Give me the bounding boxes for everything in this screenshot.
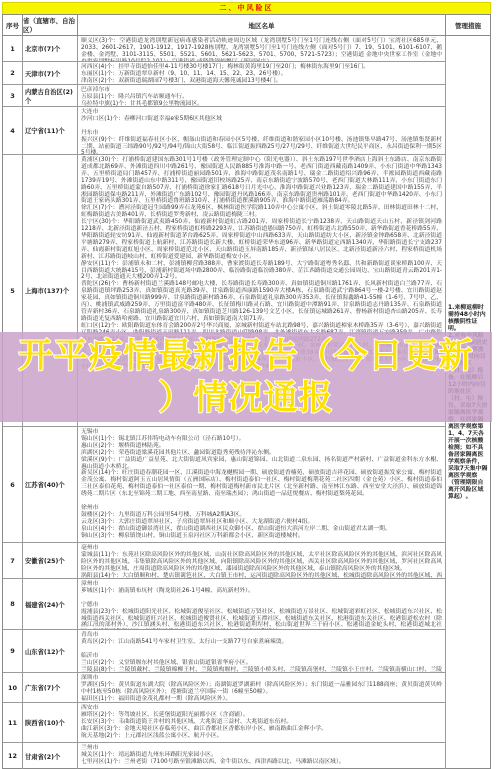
row-index-cell: 2	[3, 62, 23, 84]
row-index-cell: 4	[3, 107, 23, 154]
row-area-list-cell: 巴彦淖尔市 五原县(1)个：隆兴昌镇汽车站顺通车行。 乌拉特中旗(1)个：甘其毛…	[78, 85, 446, 106]
row-index-cell: 12	[3, 743, 23, 769]
row-area-list-cell: 无锡市 锡山区(1)个：锡北镇江苏伟特电动车有限公司（泾石路10号）。 惠山区(…	[78, 427, 446, 542]
risk-area-table-page: 二、中风险区 序号 省（直辖市、自治区） 地区名单 管理措施 1 北京市(7)个…	[0, 0, 500, 769]
row-area-list-cell: 大连市 沙河口区(1)个：春柳河口街道幸福e家5期6区其他区域 丹东市 振兴区(…	[78, 107, 446, 154]
table-row: 1 北京市(7)个 顺义区(3)个：空港街道龙湾别墅新冠病毒感染者活动轨迹周边区…	[3, 36, 446, 62]
row-province-cell: 广东省(7)个	[23, 673, 78, 702]
table-row: 9 山东省(12)个 青岛市 黄岛区(2)个：江山南路541号车家村卫生室、太行…	[3, 630, 446, 673]
table-header-row: 序号 省（直辖市、自治区） 地区名单 管理措施	[3, 15, 490, 36]
row-area-list-cell: 顺义区(3)个：空港街道龙湾别墅新冠病毒感染者活动轨迹周边区域（龙湾别墅5号门至…	[78, 36, 446, 61]
row-index-cell: 10	[3, 673, 23, 702]
row-index-cell: 3	[3, 85, 23, 106]
row-province-cell: 甘肃省(2)个	[23, 743, 78, 769]
row-area-list-cell: 亳州市 蒙城县(11)个：东苑社区除高风险区外的其他区域、山南社区除高风险区外的…	[78, 543, 446, 578]
row-index-cell: 6	[3, 427, 23, 542]
row-area-list-cell: 西安市 雁塔区(2)个：等驾坡社区、长延堡街道阳光丽都小区（含商铺）。 长安区(…	[78, 703, 446, 742]
row-area-list-cell: 漳州市 芗城区(1)个：浦南镇布坑村（陶龙街社26-1号4幢、高坑新村外）。 宁…	[78, 579, 446, 629]
header-cell-management: 管理措施	[446, 15, 490, 35]
row-province-cell: 江苏省(40)个	[23, 427, 78, 542]
table-row: 6 江苏省(40)个 无锡市 锡山区(1)个：锡北镇江苏伟特电动车有限公司（泾石…	[3, 427, 446, 543]
table-row: 12 甘肃省(2)个 兰州市 城关区(1)个：靖远路街道九州东环路阳光家园小区。…	[3, 743, 446, 769]
table-row: 8 福建省(24)个 漳州市 芗城区(1)个：浦南镇布坑村（陶龙街社26-1号4…	[3, 579, 446, 630]
row-province-cell: 辽宁省(11)个	[23, 107, 78, 154]
header-cell-index: 序号	[3, 15, 23, 35]
row-province-cell: 山东省(12)个	[23, 630, 78, 672]
section-banner-title: 二、中风险区	[220, 5, 274, 12]
row-province-cell: 安徽省(25)个	[23, 543, 78, 578]
headline-line-1: 开平疫情最新报告（今日更新	[19, 335, 474, 377]
row-province-cell: 北京市(7)个	[23, 36, 78, 61]
header-cell-province: 省（直辖市、自治区）	[23, 15, 78, 35]
headline-line-2: ）情况通报	[159, 377, 334, 419]
header-cell-area-list: 地区名单	[78, 15, 446, 35]
table-row: 3 内蒙古自治区(2)个 巴彦淖尔市 五原县(1)个：隆兴昌镇汽车站顺通车行。 …	[3, 85, 446, 107]
row-index-cell: 1	[3, 36, 23, 61]
row-province-cell: 陕西省(10)个	[23, 703, 78, 742]
row-area-list-cell: 深圳市 罗湖区(5)个：黄贝街道东湖大院（除高风险区外）；南湖街道罗湖新村（除高…	[78, 673, 446, 702]
row-province-cell: 福建省(24)个	[23, 579, 78, 629]
row-province-cell: 内蒙古自治区(2)个	[23, 85, 78, 106]
row-area-list-cell: 青岛市 黄岛区(2)个：江山南路541号车家村卫生室、太行山一支路77号自家煮麻…	[78, 630, 446, 672]
table-row: 2 天津市(7)个 河西区(4)个：挂甲寺街道怡佳里4-11号楼30号楼17门；…	[3, 62, 446, 85]
row-index-cell: 8	[3, 579, 23, 629]
row-area-list-cell: 兰州市 城关区(1)个：靖远路街道九州东环路阳光家园小区。 七里河区(1)个：兰…	[78, 743, 446, 769]
table-row: 11 陕西省(10)个 西安市 雁塔区(2)个：等驾坡社区、长延堡街道阳光丽都小…	[3, 703, 446, 743]
table-row: 4 辽宁省(11)个 大连市 沙河口区(1)个：春柳河口街道幸福e家5期6区其他…	[3, 107, 446, 155]
row-province-cell: 天津市(7)个	[23, 62, 78, 84]
row-index-cell: 11	[3, 703, 23, 742]
watermark-overlay: 开平疫情最新报告（今日更新 ）情况通报	[0, 332, 492, 422]
table-row: 7 安徽省(25)个 亳州市 蒙城县(11)个：东苑社区除高风险区外的其他区域、…	[3, 543, 446, 579]
row-index-cell: 7	[3, 543, 23, 578]
row-index-cell: 9	[3, 630, 23, 672]
row-area-list-cell: 河西区(4)个：挂甲寺街道怡佳里4-11号楼30号楼17门；梅林街黄海里19门至…	[78, 62, 446, 84]
table-row: 10 广东省(7)个 深圳市 罗湖区(5)个：黄贝街道东湖大院（除高风险区外）；…	[3, 673, 446, 703]
